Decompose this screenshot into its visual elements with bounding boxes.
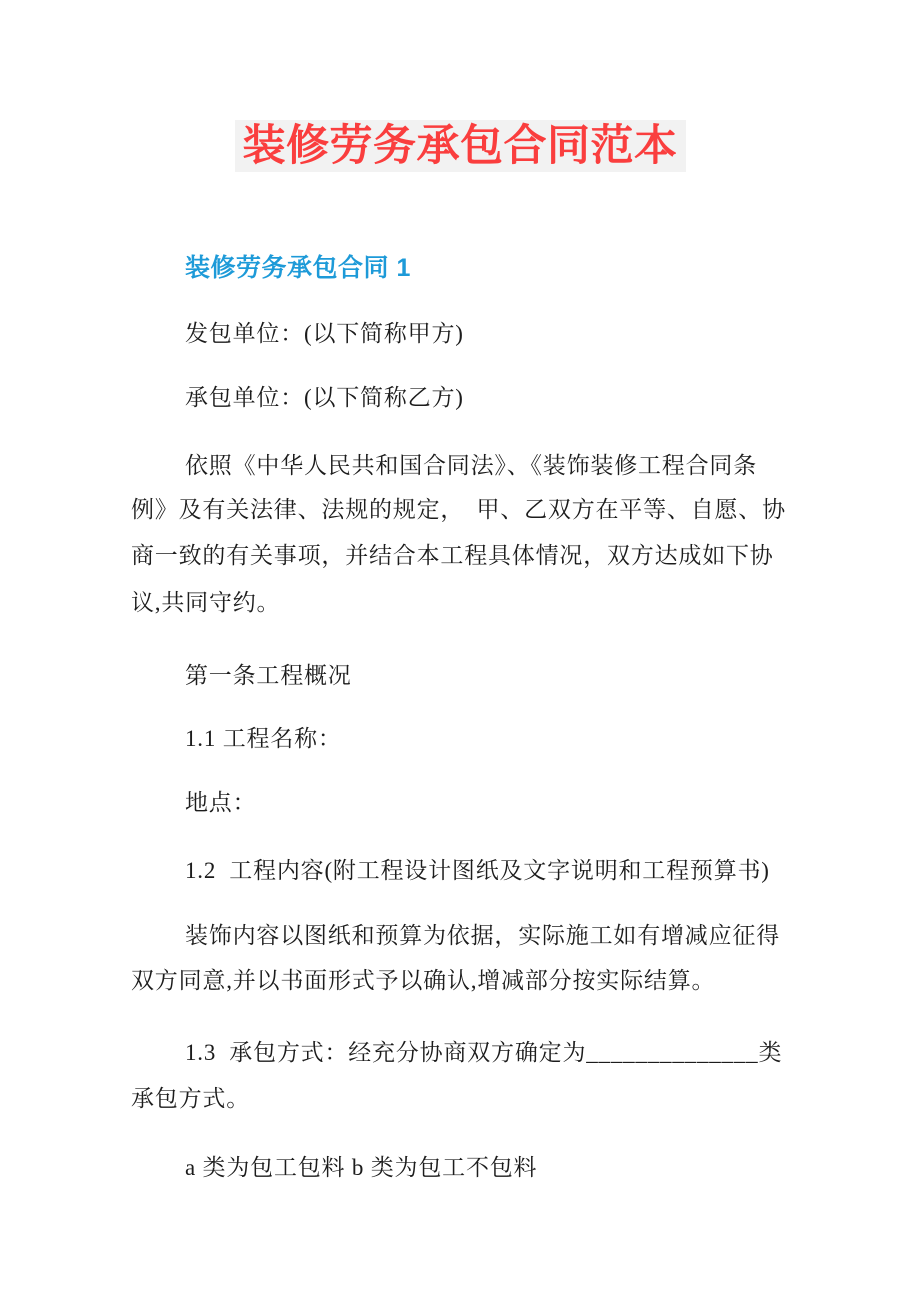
contract-1-heading: 装修劳务承包合同 1 [185,253,411,284]
page-title: 装修劳务承包合同范本 [235,120,686,172]
party-a-line: 发包单位：(以下简称甲方) [185,318,464,349]
content-line-2: 双方同意,并以书面形式予以确认,增减部分按实际结算。 [131,965,715,996]
preamble-line-2: 例》及有关法律、法规的规定， 甲、乙双方在平等、自愿、协 [131,494,786,525]
content-line-1: 装饰内容以图纸和预算为依据，实际施工如有增减应征得 [185,920,780,951]
clause-1-3-line-1: 1.3 承包方式：经充分协商双方确定为______________类 [185,1037,782,1068]
preamble-line-1: 依照《中华人民共和国合同法》、《装饰装修工程合同条 [185,450,757,481]
category-line: a 类为包工包料 b 类为包工不包料 [185,1152,537,1183]
clause-1-1-line: 1.1 工程名称： [185,723,342,754]
clause-1-2-line: 1.2 工程内容(附工程设计图纸及文字说明和工程预算书) [185,855,770,886]
clause-1-heading: 第一条工程概况 [185,660,352,691]
preamble-line-4: 议,共同守约。 [131,587,280,618]
location-line: 地点： [185,787,256,818]
party-b-line: 承包单位：(以下简称乙方) [185,382,464,413]
preamble-line-3: 商一致的有关事项，并结合本工程具体情况，双方达成如下协 [131,540,774,571]
document-title-row: 装修劳务承包合同范本 [0,120,920,172]
clause-1-3-line-2: 承包方式。 [131,1083,250,1114]
document-page: 装修劳务承包合同范本 装修劳务承包合同 1 发包单位：(以下简称甲方) 承包单位… [0,0,920,1302]
